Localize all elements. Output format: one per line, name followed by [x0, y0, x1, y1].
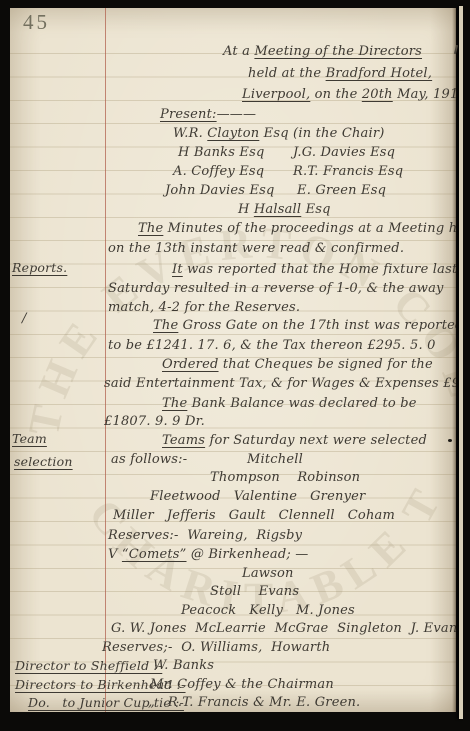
photo-background: THE EVERTON COLLECTION CHARITABLE TRUST …: [0, 0, 470, 731]
heading-text: At a: [223, 44, 254, 59]
junior-cup-directors: „ R.T. Francis & Mr. E. Green.: [148, 695, 360, 710]
minutes-line-1: The Minutes of the proceedings at a Meet…: [138, 221, 456, 236]
report-line-3: match, 4-2 for the Reserves.: [108, 300, 300, 315]
heading-text: held at the: [248, 66, 326, 81]
attendee-text: Esq: [301, 202, 330, 217]
body-text: for Saturday next were selected: [205, 433, 427, 448]
report-line-2: Saturday resulted in a reverse of 1-0, &…: [108, 281, 444, 296]
facing-page-edge: [459, 6, 463, 719]
lead-word: The: [162, 396, 187, 411]
heading-underlined: Meeting of the Directors: [254, 44, 422, 59]
attendee: A. Coffey Esq: [173, 164, 264, 179]
body-text: Bank Balance was declared to be: [187, 396, 416, 411]
team-halfbacks: Fleetwood Valentine Grenyer: [150, 489, 365, 504]
heading-text: on the: [310, 87, 362, 102]
body-text: Gross Gate on the 17th inst was reported: [178, 318, 456, 333]
team-backs: Thompson Robinson: [210, 470, 360, 485]
margin-note-selection: selection: [14, 454, 73, 469]
attendee-halsall: H Halsall Esq: [238, 202, 331, 217]
lead-word: Ordered: [162, 357, 219, 372]
attendee: H Banks Esq: [178, 145, 265, 160]
team-forwards: Miller Jefferis Gault Clennell Coham: [113, 508, 395, 523]
lead-word: The: [138, 221, 163, 236]
sheffield-director: W. Banks: [153, 658, 214, 673]
team2-reserves: Reserves;- O. Williams, Howarth: [102, 640, 330, 655]
margin-note-sheffield: Director to Sheffield :-: [15, 658, 162, 673]
team2-backs: Stoll Evans: [210, 584, 299, 599]
ordered-line-2: said Entertainment Tax, & for Wages & Ex…: [104, 376, 456, 391]
red-margin-line: [105, 8, 106, 712]
heading-underlined: 20th: [362, 87, 393, 102]
margin-note-reports: Reports.: [12, 260, 67, 275]
attendee: E. Green Esq: [297, 183, 386, 198]
team-goalkeeper: Mitchell: [247, 452, 303, 467]
body-text: @ Birkenhead; —: [187, 547, 309, 562]
birkenhead-directors: Mr. Coffey & the Chairman: [150, 677, 334, 692]
heading-underlined: Bradford Hotel,: [326, 66, 433, 81]
ledger-page: THE EVERTON COLLECTION CHARITABLE TRUST …: [10, 8, 456, 712]
margin-tick: /: [22, 311, 27, 326]
attendee-text: H: [238, 202, 254, 217]
lead-word: Teams: [162, 433, 205, 448]
margin-note-team: Team: [12, 431, 47, 446]
body-text: that Cheques be signed for the: [219, 357, 433, 372]
flourish-dash: ———: [217, 107, 257, 122]
heading-line-3: Liverpool, on the 20th May, 1919: [242, 87, 456, 102]
attendee-underlined: Halsall: [254, 202, 301, 217]
attendee-underlined: Clayton: [207, 126, 259, 141]
heading-line-2: held at the Bradford Hotel,: [248, 66, 432, 81]
comets-fixture-line: V “Comets” @ Birkenhead; —: [108, 547, 309, 562]
ordered-line-1: Ordered that Cheques be signed for the: [162, 357, 433, 372]
edge-pen-mark: [454, 45, 458, 54]
team2-forwards: G. W. Jones McLearrie McGrae Singleton J…: [111, 621, 456, 636]
body-text: Minutes of the proceedings at a Meeting …: [163, 221, 456, 236]
present-word: Present:: [160, 107, 217, 122]
body-text: was reported that the Home fixture last: [183, 262, 456, 277]
attendee-text: W.R.: [173, 126, 207, 141]
team2-halfbacks: Peacock Kelly M. Jones: [181, 603, 355, 618]
body-text: V: [108, 547, 122, 562]
attendee-chairman: W.R. Clayton Esq (in the Chair): [173, 126, 385, 141]
attendee: John Davies Esq: [165, 183, 275, 198]
team2-goalkeeper: Lawson: [242, 566, 294, 581]
page-curl-shadow: [452, 8, 456, 712]
heading-text: May, 1919: [393, 87, 456, 102]
page-number: 45: [23, 10, 50, 35]
opponent-name: “Comets”: [122, 547, 187, 562]
attendee: R.T. Francis Esq: [293, 164, 403, 179]
balance-line-2: £1807. 9. 9 Dr.: [104, 414, 205, 429]
team-as-follows: as follows:-: [111, 452, 187, 467]
attendee-text: Esq (in the Chair): [259, 126, 384, 141]
team-reserves: Reserves:- Wareing, Rigsby: [108, 528, 302, 543]
present-label: Present:———: [160, 107, 256, 122]
lead-word: The: [153, 318, 178, 333]
gate-line-1: The Gross Gate on the 17th inst was repo…: [153, 318, 456, 333]
report-line-1: It was reported that the Home fixture la…: [172, 262, 456, 277]
attendee: J.G. Davies Esq: [293, 145, 395, 160]
lead-word: It: [172, 262, 183, 277]
minutes-line-2: on the 13th instant were read & confirme…: [108, 241, 404, 256]
heading-line-1: At a Meeting of the Directors: [223, 44, 422, 59]
gate-line-2: to be £1241. 17. 6, & the Tax thereon £2…: [108, 338, 436, 353]
balance-line-1: The Bank Balance was declared to be: [162, 396, 417, 411]
ink-dot: [448, 439, 452, 442]
heading-underlined: Liverpool,: [242, 87, 310, 102]
team-line-1: Teams for Saturday next were selected: [162, 433, 427, 448]
